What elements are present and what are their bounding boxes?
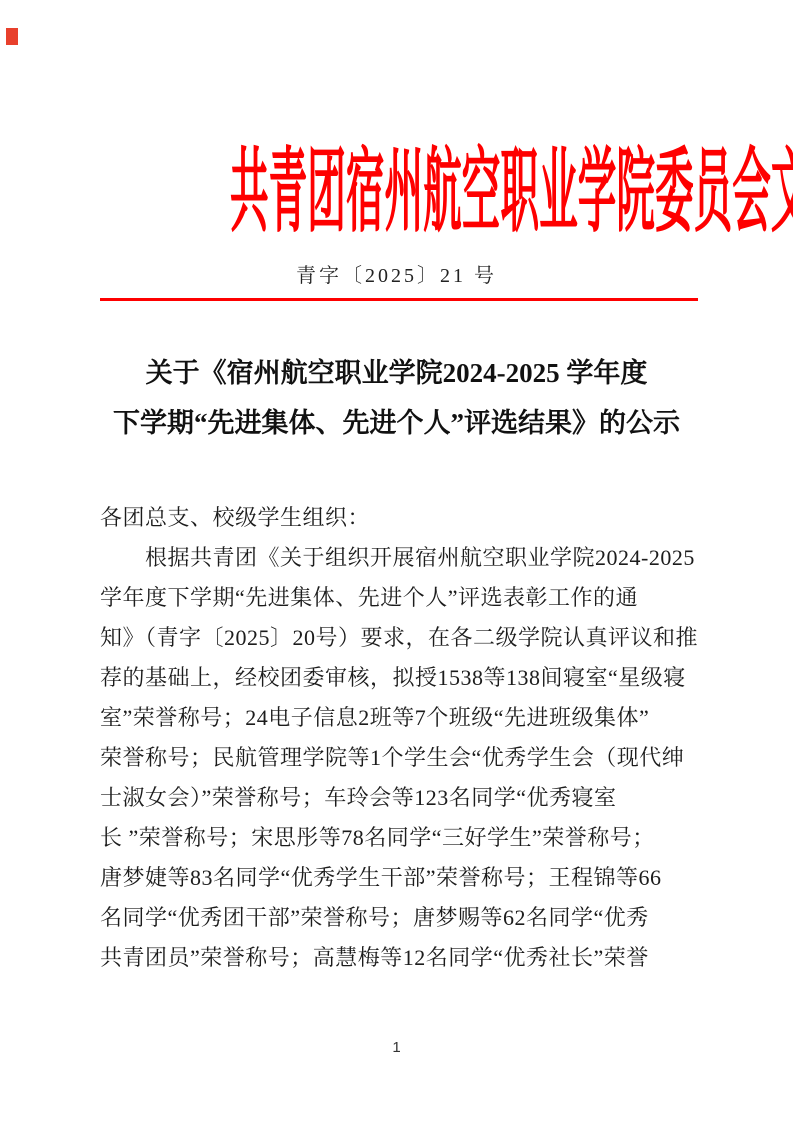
document-number: 青字〔2025〕21 号 bbox=[0, 262, 793, 290]
body-line: 荣誉称号；民航管理学院等1个学生会“优秀学生会（现代绅 bbox=[100, 738, 700, 778]
page-number: 1 bbox=[0, 1038, 793, 1058]
body-line: 长 ”荣誉称号；宋思彤等78名同学“三好学生”荣誉称号； bbox=[100, 818, 700, 858]
body-line: 根据共青团《关于组织开展宿州航空职业学院2024-2025 bbox=[100, 538, 700, 578]
document-page: 共青团宿州航空职业学院委员会文件 青字〔2025〕21 号 关于《宿州航空职业学… bbox=[0, 0, 793, 1122]
body-line: 知》（青字〔2025〕20号）要求，在各二级学院认真评议和推 bbox=[100, 618, 700, 658]
red-separator-line bbox=[100, 298, 698, 301]
body-line: 室”荣誉称号；24电子信息2班等7个班级“先进班级集体” bbox=[100, 698, 700, 738]
body-line: 士淑女会）”荣誉称号；车玲会等123名同学“优秀寝室 bbox=[100, 778, 700, 818]
document-title-line2: 下学期“先进集体、先进个人”评选结果》的公示 bbox=[60, 398, 733, 448]
document-title-line1: 关于《宿州航空职业学院2024-2025 学年度 bbox=[60, 348, 733, 398]
red-corner-mark bbox=[6, 28, 18, 45]
body-line: 共青团员”荣誉称号；高慧梅等12名同学“优秀社长”荣誉 bbox=[100, 938, 700, 978]
body-line: 名同学“优秀团干部”荣誉称号；唐梦赐等62名同学“优秀 bbox=[100, 898, 700, 938]
document-header-title: 共青团宿州航空职业学院委员会文件 bbox=[230, 142, 563, 242]
body-line: 唐梦婕等83名同学“优秀学生干部”荣誉称号；王程锦等66 bbox=[100, 858, 700, 898]
body-salutation: 各团总支、校级学生组织： bbox=[100, 498, 700, 538]
document-title: 关于《宿州航空职业学院2024-2025 学年度 下学期“先进集体、先进个人”评… bbox=[60, 348, 733, 448]
body-line: 学年度下学期“先进集体、先进个人”评选表彰工作的通 bbox=[100, 578, 700, 618]
body-line: 荐的基础上，经校团委审核，拟授1538等138间寝室“星级寝 bbox=[100, 658, 700, 698]
document-body: 各团总支、校级学生组织： 根据共青团《关于组织开展宿州航空职业学院2024-20… bbox=[100, 498, 700, 978]
